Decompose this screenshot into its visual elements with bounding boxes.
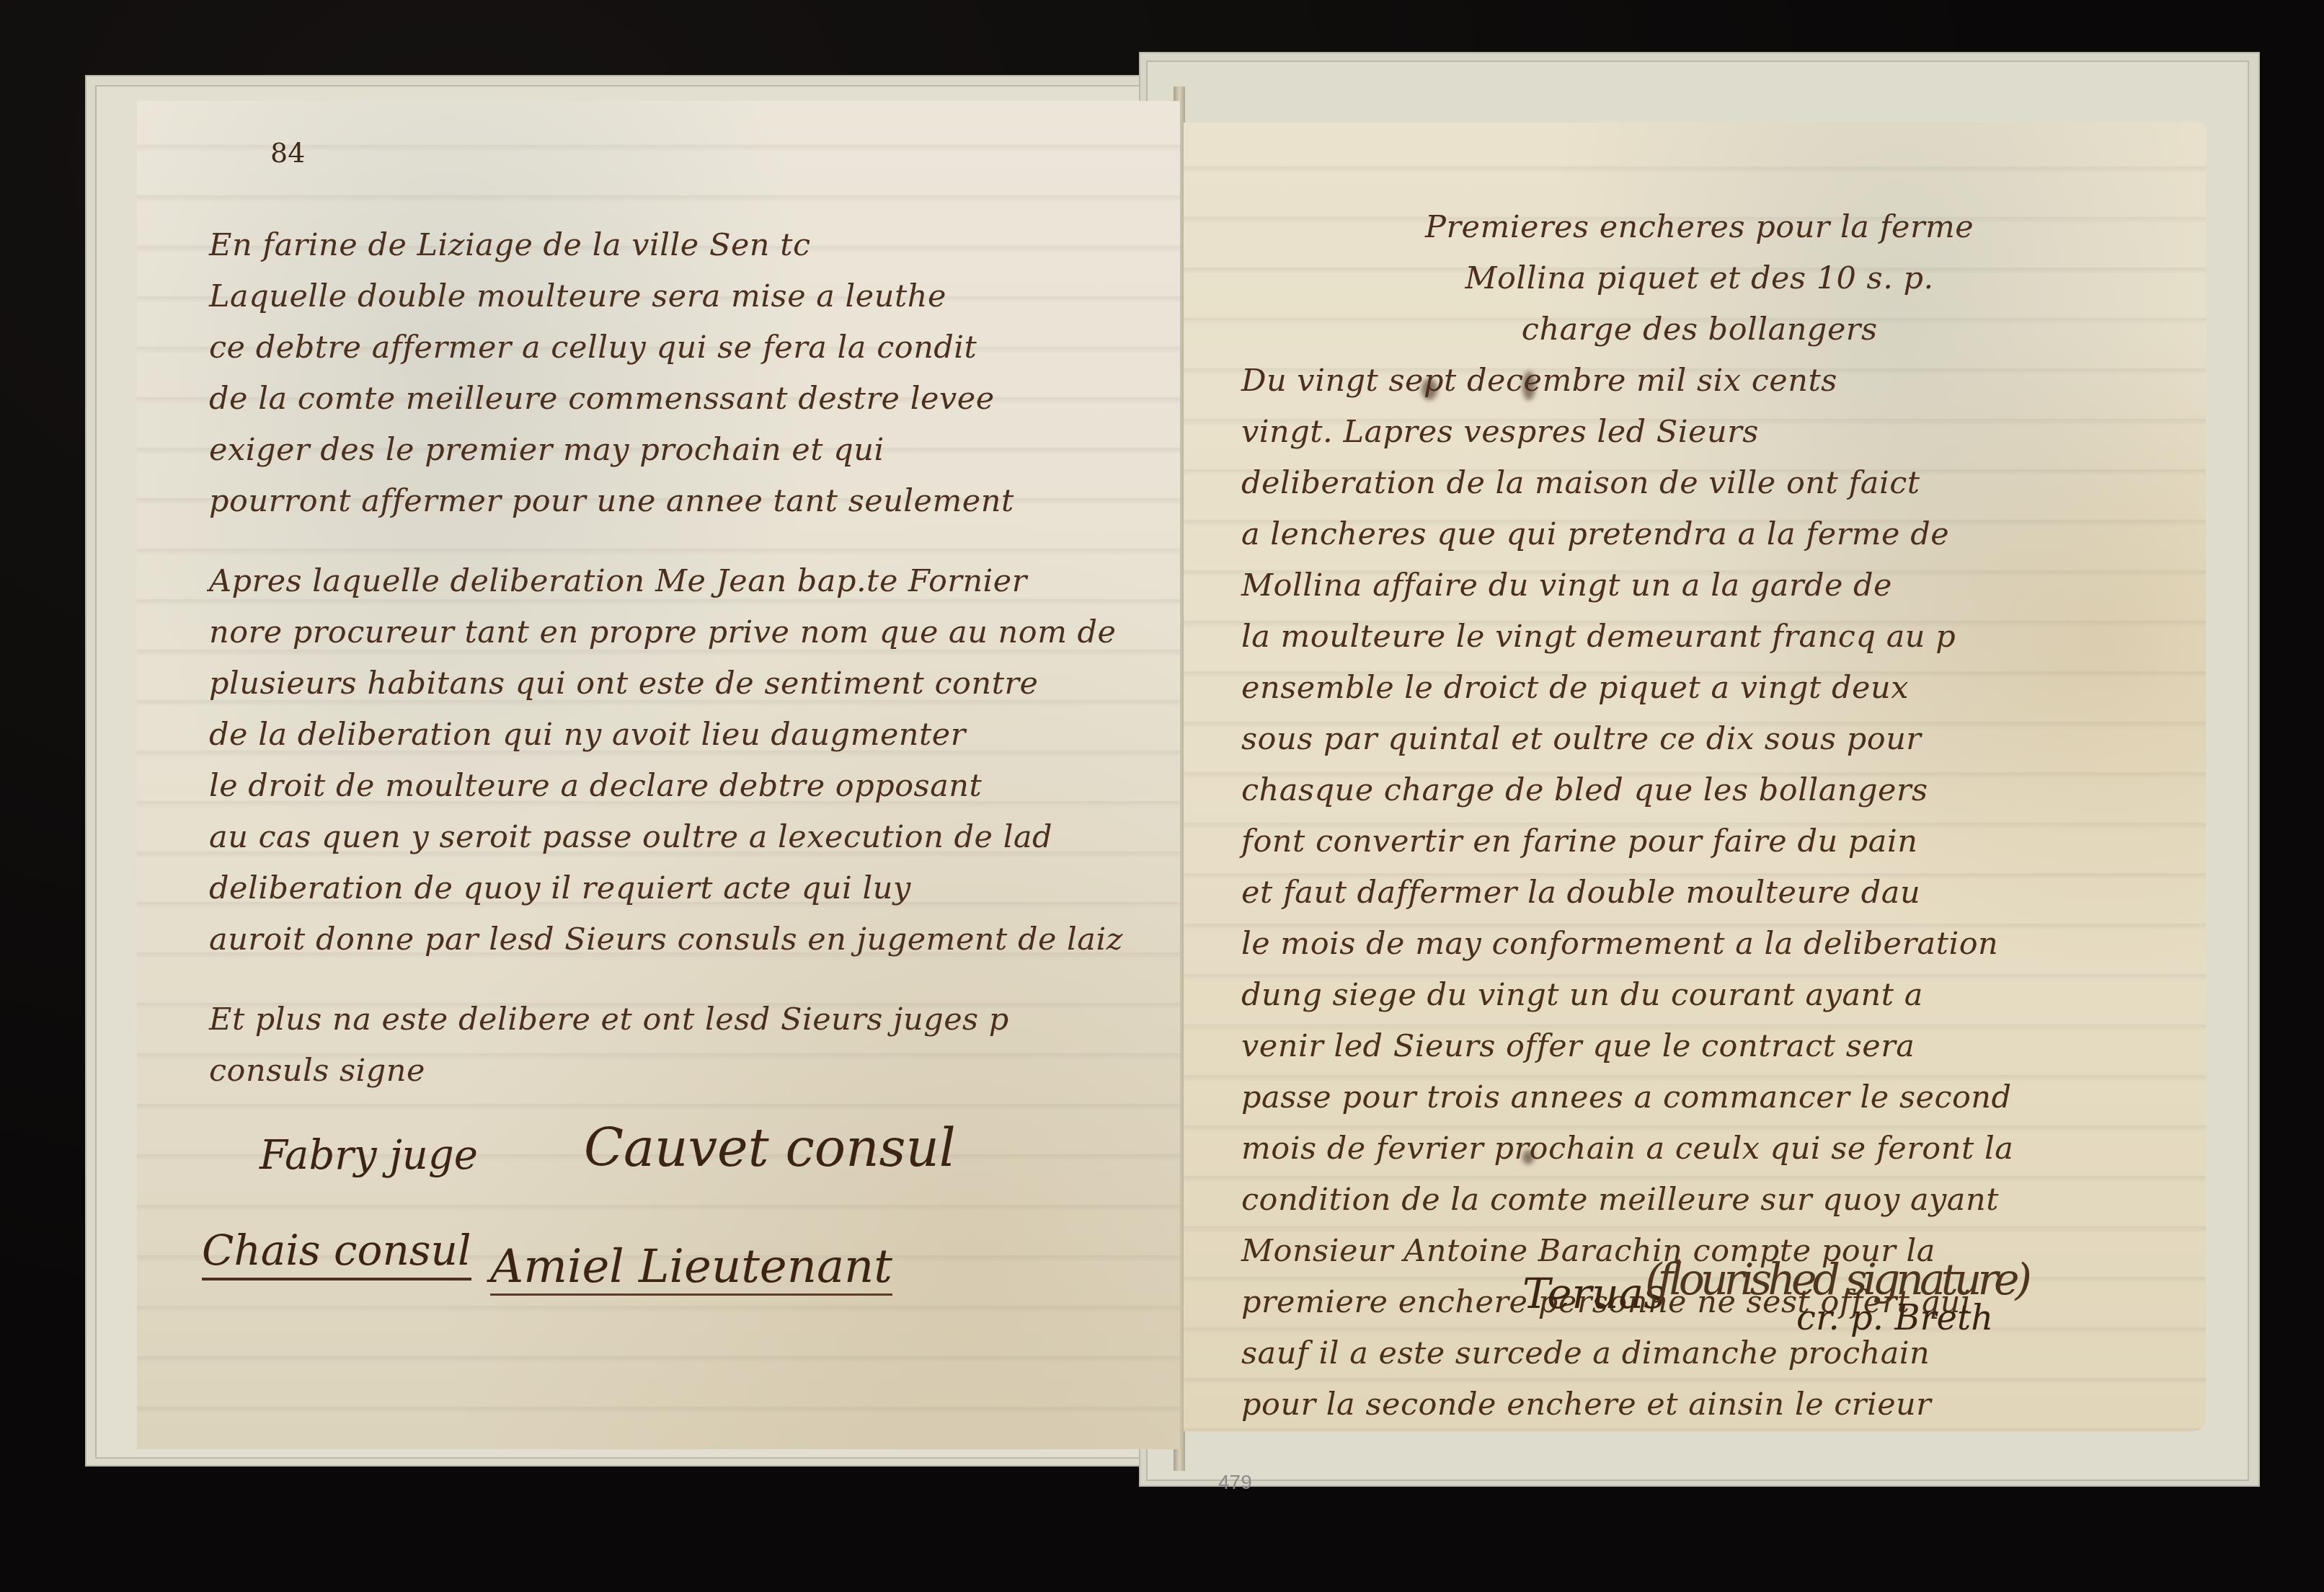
- paragraph-gap: [209, 965, 1123, 994]
- right-page: Premieres encheres pour la ferme Mollina…: [1182, 123, 2206, 1431]
- right-line: Du vingt sept decembre mil six cents: [1241, 355, 2013, 407]
- signature-fabry: Fabry juge: [260, 1132, 478, 1179]
- left-line: deliberation de quoy il requiert acte qu…: [209, 863, 1123, 914]
- left-line: ce debtre affermer a celluy qui se fera …: [209, 322, 1123, 373]
- left-line: exiger des le premier may prochain et qu…: [209, 425, 1123, 476]
- right-heading-line: charge des bollangers: [1241, 304, 2013, 355]
- signature-amiel: Amiel Lieutenant: [490, 1240, 892, 1296]
- left-line: auroit donne par lesd Sieurs consuls en …: [209, 914, 1123, 965]
- right-line: pour la seconde enchere et ainsin le cri…: [1241, 1379, 2013, 1430]
- right-page-body: Premieres encheres pour la ferme Mollina…: [1241, 202, 2013, 1431]
- left-line: au cas quen y seroit passe oultre a lexe…: [209, 812, 1123, 863]
- left-line: nore procureur tant en propre prive nom …: [209, 607, 1123, 658]
- signature-cauvet: Cauvet consul: [584, 1118, 956, 1178]
- right-line: deliberation de la maison de ville ont f…: [1241, 458, 2013, 509]
- right-line: le mois de may conformement a la deliber…: [1241, 919, 2013, 970]
- pencil-folio-number: 479: [1218, 1471, 1252, 1494]
- left-page-body: En farine de Liziage de la ville Sen tc …: [209, 220, 1123, 1097]
- left-line: pourront affermer pour une annee tant se…: [209, 476, 1123, 527]
- right-line: chasque charge de bled que les bollanger…: [1241, 765, 2013, 816]
- left-line: de la deliberation qui ny avoit lieu dau…: [209, 709, 1123, 761]
- right-line: ensemble le droict de piquet a vingt deu…: [1241, 663, 2013, 714]
- right-line: mois de fevrier prochain a ceulx qui se …: [1241, 1123, 2013, 1175]
- left-page: 84 En farine de Liziage de la ville Sen …: [137, 101, 1182, 1449]
- left-line: En farine de Liziage de la ville Sen tc: [209, 220, 1123, 271]
- right-heading-line: Mollina piquet et des 10 s. p.: [1241, 253, 2013, 304]
- right-line: et faut daffermer la double moulteure da…: [1241, 867, 2013, 919]
- right-line: vingt. Lapres vespres led Sieurs: [1241, 407, 2013, 458]
- right-line: sous par quintal et oultre ce dix sous p…: [1241, 714, 2013, 765]
- folio-number: 84: [270, 137, 305, 169]
- left-line: Laquelle double moulteure sera mise a le…: [209, 271, 1123, 322]
- left-line: plusieurs habitans qui ont este de senti…: [209, 658, 1123, 709]
- left-line: Apres laquelle deliberation Me Jean bap.…: [209, 556, 1123, 607]
- signature-chais: Chais consul: [202, 1226, 471, 1281]
- left-line: de la comte meilleure commenssant destre…: [209, 373, 1123, 425]
- left-line: Et plus na este delibere et ont lesd Sie…: [209, 994, 1123, 1045]
- right-line: dung siege du vingt un du courant ayant …: [1241, 970, 2013, 1021]
- right-line: la moulteure le vingt demeurant francq a…: [1241, 611, 2013, 663]
- right-line: passe pour trois annees a commancer le s…: [1241, 1072, 2013, 1123]
- signature-teruas: Teruas: [1522, 1269, 1665, 1318]
- paragraph-gap: [209, 527, 1123, 556]
- signature-breth: cr. p. Breth: [1796, 1298, 1993, 1338]
- right-line: a lencheres que qui pretendra a la ferme…: [1241, 509, 2013, 560]
- right-line: venir led Sieurs offer que le contract s…: [1241, 1021, 2013, 1072]
- right-line: Mollina affaire du vingt un a la garde d…: [1241, 560, 2013, 611]
- right-line: Vial et Breth de la comte sousigne: [1241, 1430, 2013, 1431]
- left-line: consuls signe: [209, 1045, 1123, 1097]
- right-heading-line: Premieres encheres pour la ferme: [1241, 202, 2013, 253]
- left-line: le droit de moulteure a declare debtre o…: [209, 761, 1123, 812]
- right-line: font convertir en farine pour faire du p…: [1241, 816, 2013, 867]
- right-line: condition de la comte meilleure sur quoy…: [1241, 1175, 2013, 1226]
